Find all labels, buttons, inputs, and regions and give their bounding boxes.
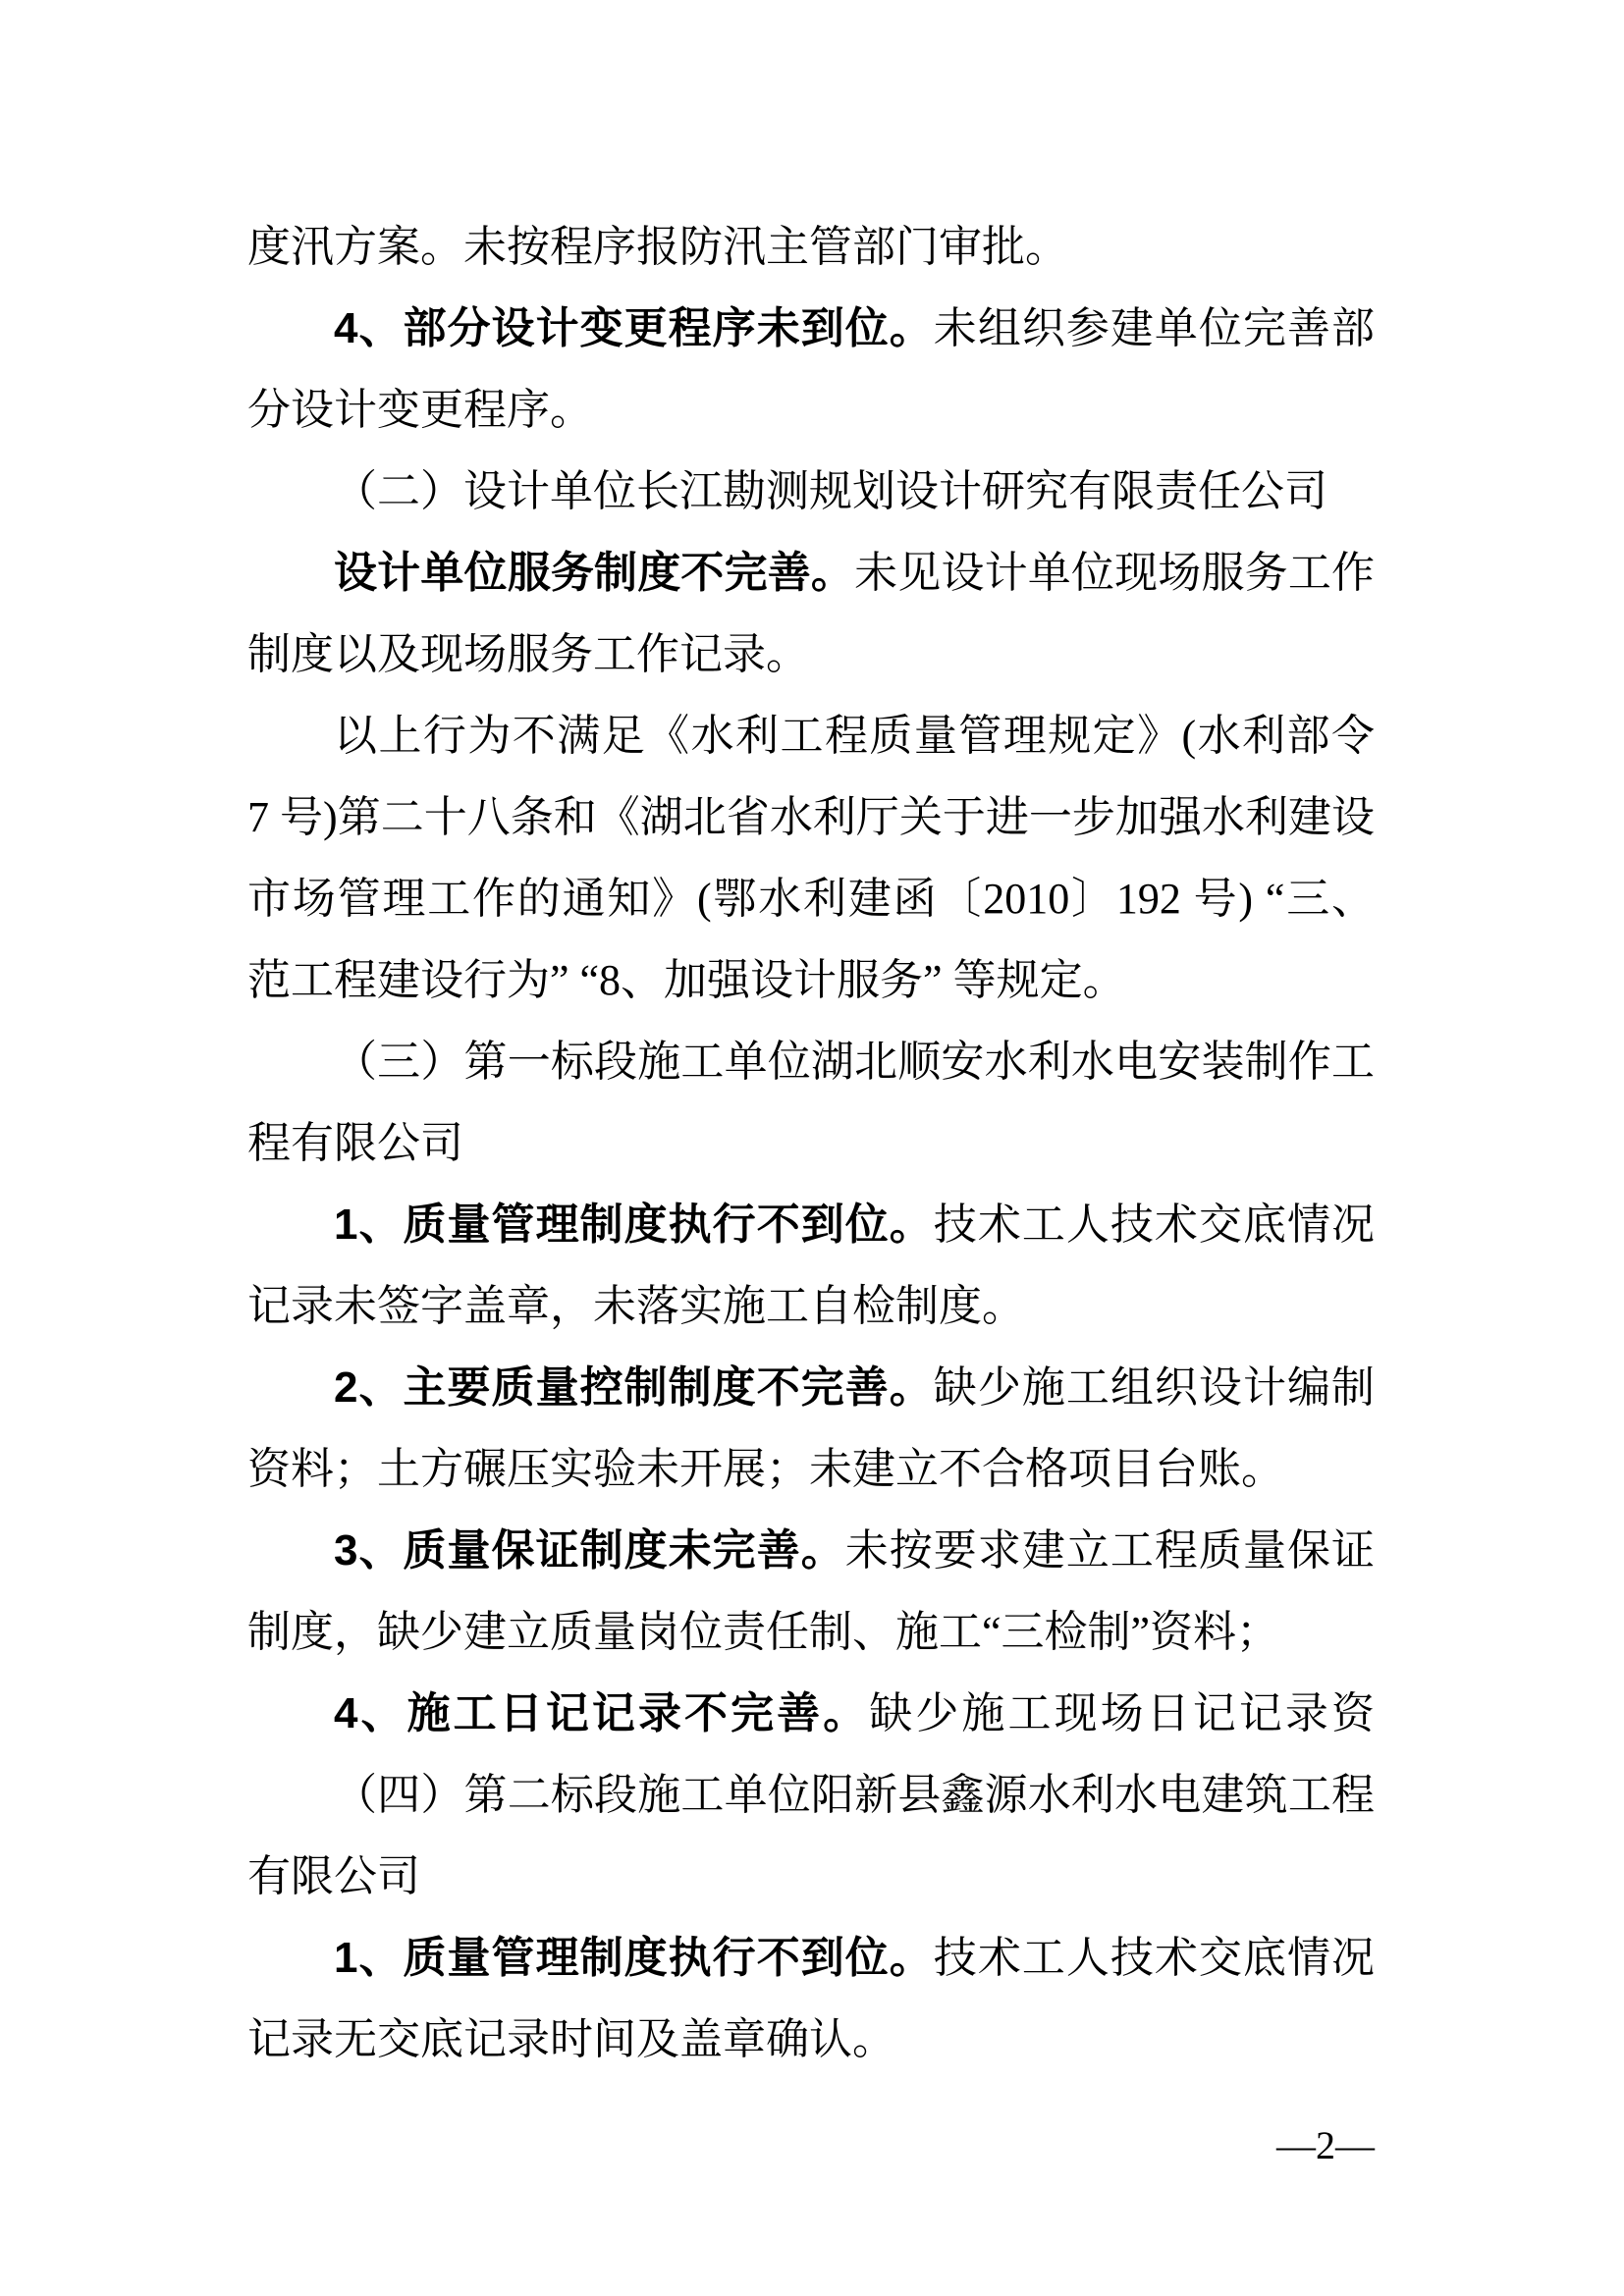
text-run: （四）第二标段施工单位阳新县鑫源水利水电建筑工程 [334, 1771, 1375, 1819]
text-run: 有限公司 [247, 1852, 420, 1900]
text-line: 制度，缺少建立质量岗位责任制、施工“三检制”资料； [247, 1591, 1375, 1673]
text-run-bold: 3、质量保证制度未完善。 [334, 1526, 845, 1575]
text-run-bold: 4、施工日记记录不完善。 [334, 1689, 869, 1737]
text-line: （三）第一标段施工单位湖北顺安水利水电安装制作工 [247, 1021, 1375, 1102]
text-line: 4、部分设计变更程序未到位。未组织参建单位完善部 [247, 288, 1375, 369]
text-run: 技术工人技术交底情况 [934, 1934, 1375, 1982]
document-page: 度汛方案。未按程序报防汛主管部门审批。4、部分设计变更程序未到位。未组织参建单位… [0, 0, 1624, 2296]
text-run: 未见设计单位现场服务工作 [854, 549, 1375, 597]
text-run: 制度，缺少建立质量岗位责任制、施工“三检制”资料； [247, 1608, 1279, 1656]
text-run: 范工程建设行为” “8、加强设计服务” 等规定。 [247, 956, 1126, 1004]
text-run: 以上行为不满足《水利工程质量管理规定》(水利部令第 [247, 712, 1375, 776]
text-line: 4、施工日记记录不完善。缺少施工现场日记记录资料。 [247, 1673, 1375, 1754]
text-run-bold: 1、质量管理制度执行不到位。 [334, 1201, 934, 1249]
text-line: 有限公司 [247, 1836, 1375, 1917]
text-run: 资料；土方碾压实验未开展；未建立不合格项目台账。 [247, 1445, 1284, 1493]
text-run: 记录无交底记录时间及盖章确认。 [247, 2015, 895, 2063]
text-line: （四）第二标段施工单位阳新县鑫源水利水电建筑工程 [247, 1754, 1375, 1836]
text-line: 程有限公司 [247, 1102, 1375, 1184]
text-run: 缺少施工组织设计编制 [934, 1363, 1375, 1412]
text-run: 分设计变更程序。 [247, 386, 593, 434]
text-run-bold: 2、主要质量控制制度不完善。 [334, 1363, 934, 1412]
text-line: 范工程建设行为” “8、加强设计服务” 等规定。 [247, 939, 1375, 1021]
text-run: 度汛方案。未按程序报防汛主管部门审批。 [247, 223, 1068, 271]
text-line: 记录未签字盖章，未落实施工自检制度。 [247, 1265, 1375, 1347]
text-line: 市场管理工作的通知》(鄂水利建函〔2010〕192 号) “三、规 [247, 858, 1375, 939]
text-run: 记录未签字盖章，未落实施工自检制度。 [247, 1282, 1025, 1330]
document-body: 度汛方案。未按程序报防汛主管部门审批。4、部分设计变更程序未到位。未组织参建单位… [247, 206, 1375, 2080]
text-line: 记录无交底记录时间及盖章确认。 [247, 1999, 1375, 2080]
text-line: 7 号)第二十八条和《湖北省水利厅关于进一步加强水利建设 [247, 776, 1375, 858]
text-run: （三）第一标段施工单位湖北顺安水利水电安装制作工 [334, 1038, 1375, 1086]
text-line: 2、主要质量控制制度不完善。缺少施工组织设计编制 [247, 1347, 1375, 1428]
text-run-bold: 1、质量管理制度执行不到位。 [334, 1934, 934, 1982]
text-line: 以上行为不满足《水利工程质量管理规定》(水利部令第 [247, 695, 1375, 776]
text-line: 1、质量管理制度执行不到位。技术工人技术交底情况 [247, 1184, 1375, 1265]
text-run: （二）设计单位长江勘测规划设计研究有限责任公司 [334, 467, 1327, 515]
text-run: 7 号)第二十八条和《湖北省水利厅关于进一步加强水利建设 [247, 793, 1375, 841]
text-run: 制度以及现场服务工作记录。 [247, 630, 809, 678]
text-run: 程有限公司 [247, 1119, 463, 1167]
text-line: 设计单位服务制度不完善。未见设计单位现场服务工作 [247, 532, 1375, 614]
text-run-bold: 设计单位服务制度不完善。 [334, 549, 854, 597]
text-line: 1、质量管理制度执行不到位。技术工人技术交底情况 [247, 1917, 1375, 1999]
text-run: 市场管理工作的通知》(鄂水利建函〔2010〕192 号) “三、规 [247, 875, 1375, 939]
page-number: —2— [247, 2122, 1375, 2169]
text-run: 技术工人技术交底情况 [934, 1201, 1375, 1249]
text-line: 分设计变更程序。 [247, 369, 1375, 451]
text-run: 未按要求建立工程质量保证 [845, 1526, 1375, 1575]
text-line: 度汛方案。未按程序报防汛主管部门审批。 [247, 206, 1375, 288]
text-line: （二）设计单位长江勘测规划设计研究有限责任公司 [247, 451, 1375, 532]
text-line: 3、质量保证制度未完善。未按要求建立工程质量保证 [247, 1510, 1375, 1591]
text-line: 资料；土方碾压实验未开展；未建立不合格项目台账。 [247, 1428, 1375, 1510]
text-run-bold: 4、部分设计变更程序未到位。 [334, 304, 934, 352]
text-line: 制度以及现场服务工作记录。 [247, 614, 1375, 695]
text-run: 未组织参建单位完善部 [934, 304, 1375, 352]
